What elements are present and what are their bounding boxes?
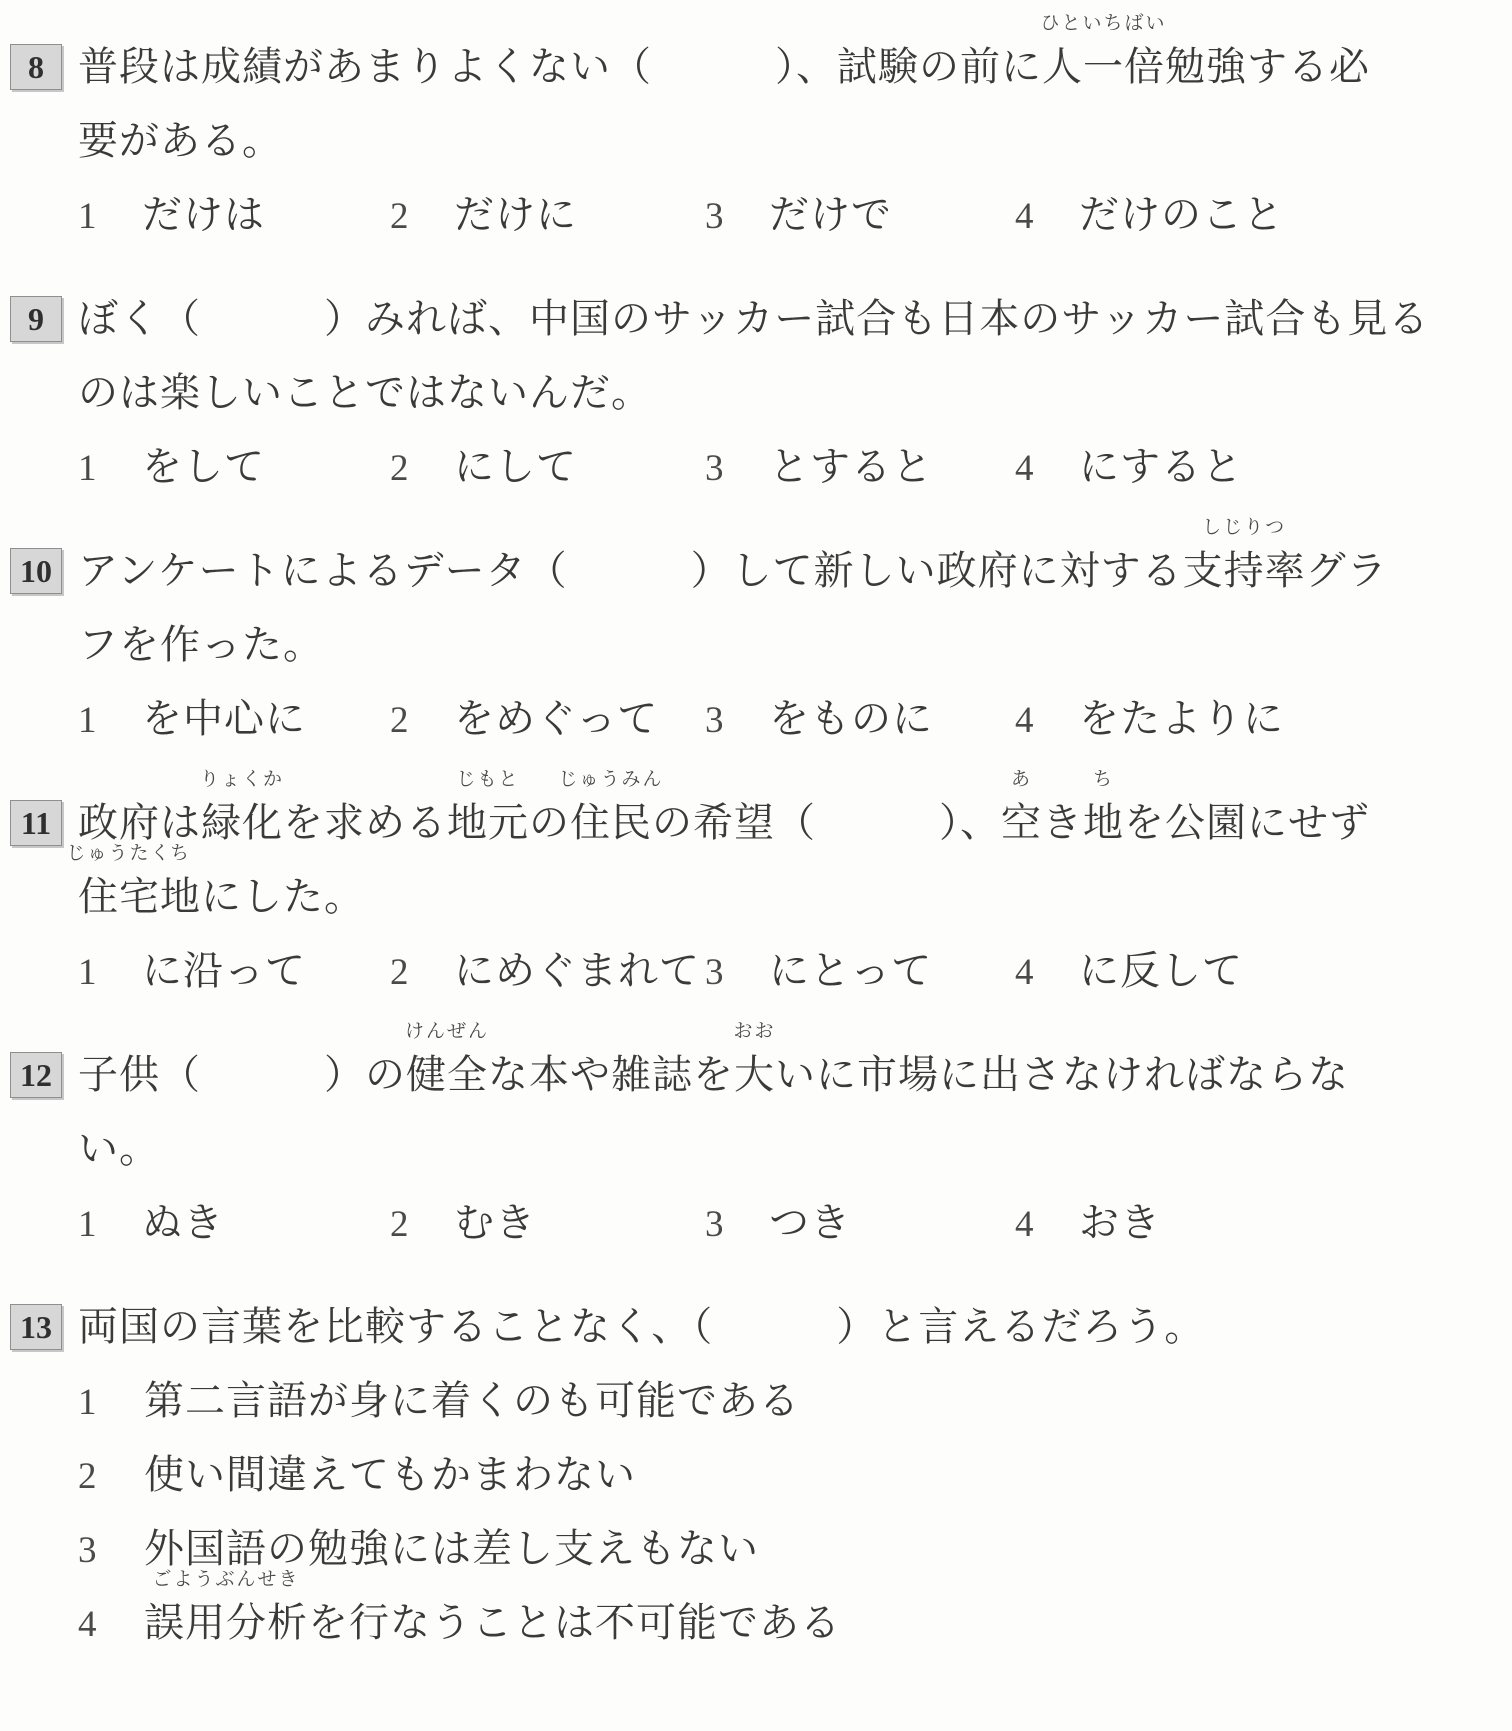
furigana: ごようぶんせき <box>152 1570 299 1589</box>
text-run: とすると <box>769 444 933 489</box>
question-text-line: のは楽しいことではないんだ。 <box>78 356 652 430</box>
ruby-base: 支持率しじりつ <box>1183 534 1306 608</box>
text-run: むき <box>454 1200 536 1245</box>
option-4: 4だけのこと <box>1015 178 1512 254</box>
ruby-base: 誤用分析ごようぶんせき <box>144 1586 308 1660</box>
option-3: 3をものに <box>705 682 1015 758</box>
ruby-base-text: 支持率 <box>1183 548 1306 593</box>
text-run: 子供（ ）の <box>78 1052 406 1097</box>
question-number-badge: 12 <box>10 1052 62 1098</box>
option-text: だけに <box>454 178 577 252</box>
option-text: にとって <box>769 934 932 1008</box>
option-number: 3 <box>705 180 769 254</box>
question-text-line: 子供（ ）の健全けんぜんな本や雑誌を大おおいに市場に出さなければならな <box>78 1038 1512 1112</box>
ruby-base-text: 人一倍 <box>1042 44 1165 89</box>
option-text: にすると <box>1079 430 1243 504</box>
option-text: おき <box>1079 1186 1161 1260</box>
question-text-line: 政府は緑化りょくかを求める地元じもとの住民じゅうみんの希望（ ）、空あき地ちを公… <box>78 786 1512 860</box>
options-row: 1だけは2だけに3だけで4だけのこと <box>0 178 1512 252</box>
ruby-base: 地元じもと <box>447 786 529 860</box>
option-4: 4にすると <box>1015 430 1512 506</box>
ruby-base-text: 緑化 <box>201 800 283 845</box>
options-grid: 1に沿って2にめぐまれて3にとって4に反して <box>78 934 1512 1008</box>
option-1: 1ぬき <box>78 1186 390 1262</box>
text-run: だけは <box>142 192 265 237</box>
option-number: 3 <box>705 432 769 506</box>
ruby-base: 地ち <box>160 860 201 934</box>
question-text-line: 両国の言葉を比較することなく、（ ）と言えるだろう。 <box>78 1290 1512 1364</box>
option-number: 2 <box>390 432 454 506</box>
question-first-row: 9ぼく（ ）みれば、中国のサッカー試合も日本のサッカー試合も見る <box>0 282 1512 356</box>
ruby-base-text: 大 <box>734 1052 775 1097</box>
text-run: き <box>1042 800 1083 845</box>
text-run: を求める <box>283 800 447 845</box>
question: 8普段は成績があまりよくない（ ）、試験の前に人一倍ひといちばい勉強する必要があ… <box>0 30 1512 252</box>
option-text: をして <box>142 430 265 504</box>
question-continuation-row: 住宅じゅうたく地ちにした。 <box>0 860 1512 934</box>
option-text: をめぐって <box>454 682 658 756</box>
text-run: をめぐって <box>454 696 658 741</box>
ruby-base: 地ち <box>1083 786 1124 860</box>
option-number: 4 <box>1015 1188 1079 1262</box>
text-run: つき <box>769 1200 851 1245</box>
option-text: にして <box>454 430 577 504</box>
option-3: 3だけで <box>705 178 1015 254</box>
text-run: だけのこと <box>1079 192 1284 237</box>
text-run: 普段は成績があまりよくない（ ）、試験の前に <box>78 44 1042 89</box>
option-number: 3 <box>705 936 769 1010</box>
question-text-line: フを作った。 <box>78 608 324 682</box>
option-2: 2をめぐって <box>390 682 705 758</box>
furigana: じゅうたく <box>66 844 171 863</box>
text-run: 政府は <box>78 800 201 845</box>
option-2: 2にめぐまれて <box>390 934 705 1010</box>
question-first-row: 11政府は緑化りょくかを求める地元じもとの住民じゅうみんの希望（ ）、空あき地ち… <box>0 786 1512 860</box>
text-run: に反して <box>1079 948 1243 993</box>
question-first-row: 12子供（ ）の健全けんぜんな本や雑誌を大おおいに市場に出さなければならな <box>0 1038 1512 1112</box>
option-3: 3つき <box>705 1186 1015 1262</box>
question-continuation-row: フを作った。 <box>0 608 1512 682</box>
question-number-badge: 13 <box>10 1304 62 1350</box>
option-number: 2 <box>390 180 454 254</box>
furigana: じもと <box>456 770 519 789</box>
text-run: 使い間違えてもかまわない <box>144 1452 636 1497</box>
option-number: 1 <box>78 1188 142 1262</box>
ruby-base: 住宅じゅうたく <box>78 860 160 934</box>
option-number: 4 <box>1015 432 1079 506</box>
text-run: い。 <box>78 1126 160 1171</box>
question-continuation-row: 要がある。 <box>0 104 1512 178</box>
option-4: 4をたよりに <box>1015 682 1512 758</box>
text-run: いに市場に出さなければならな <box>775 1052 1349 1097</box>
options-row: 1に沿って2にめぐまれて3にとって4に反して <box>0 934 1512 1008</box>
option-2: 2むき <box>390 1186 705 1262</box>
furigana: しじりつ <box>1202 518 1286 537</box>
text-run: に沿って <box>142 948 306 993</box>
option-number: 4 <box>1015 684 1079 758</box>
furigana: おお <box>733 1022 775 1041</box>
option-text: だけは <box>142 178 265 252</box>
option-number: 4 <box>1015 936 1079 1010</box>
ruby-base: 空あ <box>1001 786 1042 860</box>
text-run: にして <box>454 444 577 489</box>
option-number: 3 <box>705 1188 769 1262</box>
option-number: 3 <box>78 1514 144 1588</box>
ruby-base-text: 空 <box>1001 800 1042 845</box>
question-number-badge: 8 <box>10 44 62 90</box>
option-number: 1 <box>78 432 142 506</box>
question-text-line: 住宅じゅうたく地ちにした。 <box>78 860 365 934</box>
furigana: りょくか <box>200 770 284 789</box>
ruby-base-text: 誤用分析 <box>144 1600 308 1645</box>
question-text-line: い。 <box>78 1112 160 1186</box>
options-grid: 1ぬき2むき3つき4おき <box>78 1186 1512 1260</box>
text-run: を行なうことは不可能である <box>308 1600 841 1645</box>
options-grid: 1を中心に2をめぐって3をものに4をたよりに <box>78 682 1512 756</box>
options-row: 1をして2にして3とすると4にすると <box>0 430 1512 504</box>
ruby-base: 緑化りょくか <box>201 786 283 860</box>
text-run: グラ <box>1306 548 1388 593</box>
option-text: にめぐまれて <box>454 934 700 1008</box>
question: 9ぼく（ ）みれば、中国のサッカー試合も日本のサッカー試合も見るのは楽しいことで… <box>0 282 1512 504</box>
ruby-base-text: 住民 <box>570 800 652 845</box>
question-first-row: 8普段は成績があまりよくない（ ）、試験の前に人一倍ひといちばい勉強する必 <box>0 30 1512 104</box>
question-number-badge: 9 <box>10 296 62 342</box>
option-number: 2 <box>390 684 454 758</box>
option-text: だけで <box>769 178 892 252</box>
question: 11政府は緑化りょくかを求める地元じもとの住民じゅうみんの希望（ ）、空あき地ち… <box>0 786 1512 1008</box>
options-grid: 1をして2にして3とすると4にすると <box>78 430 1512 504</box>
ruby-base-text: 地 <box>1083 800 1124 845</box>
question: 13両国の言葉を比較することなく、（ ）と言えるだろう。1第二言語が身に着くのも… <box>0 1290 1512 1660</box>
option-row-4: 4誤用分析ごようぶんせきを行なうことは不可能である <box>0 1586 1512 1660</box>
option-2: 2使い間違えてもかまわない <box>78 1438 636 1512</box>
text-run: の希望（ ）、 <box>652 800 1001 845</box>
option-4: 4に反して <box>1015 934 1512 1010</box>
text-run: 両国の言葉を比較することなく、（ ）と言えるだろう。 <box>78 1304 1205 1349</box>
option-text: むき <box>454 1186 536 1260</box>
question-continuation-row: い。 <box>0 1112 1512 1186</box>
furigana: あ <box>1011 770 1032 789</box>
option-1: 1第二言語が身に着くのも可能である <box>78 1364 800 1438</box>
option-number: 1 <box>78 936 142 1010</box>
option-text: に反して <box>1079 934 1243 1008</box>
option-1: 1を中心に <box>78 682 390 758</box>
ruby-base: 大おお <box>734 1038 775 1112</box>
ruby-base-text: 地 <box>160 874 201 919</box>
option-4: 4誤用分析ごようぶんせきを行なうことは不可能である <box>78 1586 841 1660</box>
option-2: 2にして <box>390 430 705 506</box>
option-1: 1だけは <box>78 178 390 254</box>
option-text: 使い間違えてもかまわない <box>144 1438 636 1512</box>
question-continuation-row: のは楽しいことではないんだ。 <box>0 356 1512 430</box>
ruby-base: 住民じゅうみん <box>570 786 652 860</box>
question-text-line: 要がある。 <box>78 104 283 178</box>
option-text: とすると <box>769 430 933 504</box>
text-run: にした。 <box>201 874 365 919</box>
text-run: のは楽しいことではないんだ。 <box>78 370 652 415</box>
option-text: をたよりに <box>1079 682 1284 756</box>
text-run: をたよりに <box>1079 696 1284 741</box>
text-run: を公園にせず <box>1124 800 1370 845</box>
question-text-line: ぼく（ ）みれば、中国のサッカー試合も日本のサッカー試合も見る <box>78 282 1512 356</box>
text-run: だけに <box>454 192 577 237</box>
option-number: 3 <box>705 684 769 758</box>
ruby-base-text: 住宅 <box>78 874 160 919</box>
option-number: 4 <box>1015 180 1079 254</box>
text-run: 外国語の勉強には差し支えもない <box>144 1526 759 1571</box>
question-text-line: アンケートによるデータ（ ）して新しい政府に対する支持率しじりつグラ <box>78 534 1512 608</box>
option-text: つき <box>769 1186 851 1260</box>
test-page: 8普段は成績があまりよくない（ ）、試験の前に人一倍ひといちばい勉強する必要があ… <box>0 0 1512 1731</box>
question-number-badge: 11 <box>10 800 62 846</box>
text-run: にとって <box>769 948 932 993</box>
option-1: 1に沿って <box>78 934 390 1010</box>
text-run: にめぐまれて <box>454 948 700 993</box>
ruby-base: 人一倍ひといちばい <box>1042 30 1165 104</box>
question-text-line: 普段は成績があまりよくない（ ）、試験の前に人一倍ひといちばい勉強する必 <box>78 30 1512 104</box>
option-row-1: 1第二言語が身に着くのも可能である <box>0 1364 1512 1438</box>
question-content: 両国の言葉を比較することなく、（ ）と言えるだろう。 <box>78 1290 1512 1364</box>
question-content: 政府は緑化りょくかを求める地元じもとの住民じゅうみんの希望（ ）、空あき地ちを公… <box>78 786 1512 860</box>
option-number: 4 <box>78 1588 144 1662</box>
text-run: をものに <box>769 696 933 741</box>
question-content: 子供（ ）の健全けんぜんな本や雑誌を大おおいに市場に出さなければならな <box>78 1038 1512 1112</box>
options-row: 1ぬき2むき3つき4おき <box>0 1186 1512 1260</box>
text-run: にすると <box>1079 444 1243 489</box>
option-text: 誤用分析ごようぶんせきを行なうことは不可能である <box>144 1586 841 1660</box>
question-number-badge: 10 <box>10 548 62 594</box>
option-text: をものに <box>769 682 933 756</box>
text-run: アンケートによるデータ（ ）して新しい政府に対する <box>78 548 1183 593</box>
question: 10アンケートによるデータ（ ）して新しい政府に対する支持率しじりつグラフを作っ… <box>0 534 1512 756</box>
option-number: 2 <box>78 1440 144 1514</box>
options-row: 1を中心に2をめぐって3をものに4をたよりに <box>0 682 1512 756</box>
option-text: だけのこと <box>1079 178 1284 252</box>
text-run: フを作った。 <box>78 622 324 667</box>
question-content: アンケートによるデータ（ ）して新しい政府に対する支持率しじりつグラ <box>78 534 1512 608</box>
furigana: ひといちばい <box>1040 14 1166 33</box>
option-text: に沿って <box>142 934 306 1008</box>
option-text: 第二言語が身に着くのも可能である <box>144 1364 800 1438</box>
text-run: ぬき <box>142 1200 224 1245</box>
option-2: 2だけに <box>390 178 705 254</box>
option-number: 2 <box>390 1188 454 1262</box>
text-run: ぼく（ ）みれば、中国のサッカー試合も日本のサッカー試合も見る <box>78 296 1429 341</box>
option-text: ぬき <box>142 1186 224 1260</box>
text-run: だけで <box>769 192 892 237</box>
text-run: おき <box>1079 1200 1161 1245</box>
ruby-base-text: 健全 <box>406 1052 488 1097</box>
text-run: 要がある。 <box>78 118 283 163</box>
text-run: 勉強する必 <box>1165 44 1370 89</box>
furigana: ち <box>1093 770 1114 789</box>
question-first-row: 13両国の言葉を比較することなく、（ ）と言えるだろう。 <box>0 1290 1512 1364</box>
furigana: ち <box>170 844 191 863</box>
option-number: 1 <box>78 1366 144 1440</box>
ruby-base-text: 地元 <box>447 800 529 845</box>
furigana: けんぜん <box>405 1022 489 1041</box>
option-1: 1をして <box>78 430 390 506</box>
options-grid: 1だけは2だけに3だけで4だけのこと <box>78 178 1512 252</box>
option-3: 3とすると <box>705 430 1015 506</box>
question: 12子供（ ）の健全けんぜんな本や雑誌を大おおいに市場に出さなければならない。1… <box>0 1038 1512 1260</box>
question-content: 普段は成績があまりよくない（ ）、試験の前に人一倍ひといちばい勉強する必 <box>78 30 1512 104</box>
option-4: 4おき <box>1015 1186 1512 1262</box>
question-content: ぼく（ ）みれば、中国のサッカー試合も日本のサッカー試合も見る <box>78 282 1512 356</box>
text-run: を中心に <box>142 696 306 741</box>
option-row-2: 2使い間違えてもかまわない <box>0 1438 1512 1512</box>
option-number: 1 <box>78 684 142 758</box>
option-number: 2 <box>390 936 454 1010</box>
text-run: の <box>529 800 570 845</box>
text-run: 第二言語が身に着くのも可能である <box>144 1378 800 1423</box>
option-text: を中心に <box>142 682 306 756</box>
ruby-base: 健全けんぜん <box>406 1038 488 1112</box>
option-number: 1 <box>78 180 142 254</box>
text-run: をして <box>142 444 265 489</box>
question-list: 8普段は成績があまりよくない（ ）、試験の前に人一倍ひといちばい勉強する必要があ… <box>0 30 1512 1660</box>
furigana: じゅうみん <box>558 770 663 789</box>
text-run: な本や雑誌を <box>488 1052 734 1097</box>
option-3: 3にとって <box>705 934 1015 1010</box>
question-first-row: 10アンケートによるデータ（ ）して新しい政府に対する支持率しじりつグラ <box>0 534 1512 608</box>
